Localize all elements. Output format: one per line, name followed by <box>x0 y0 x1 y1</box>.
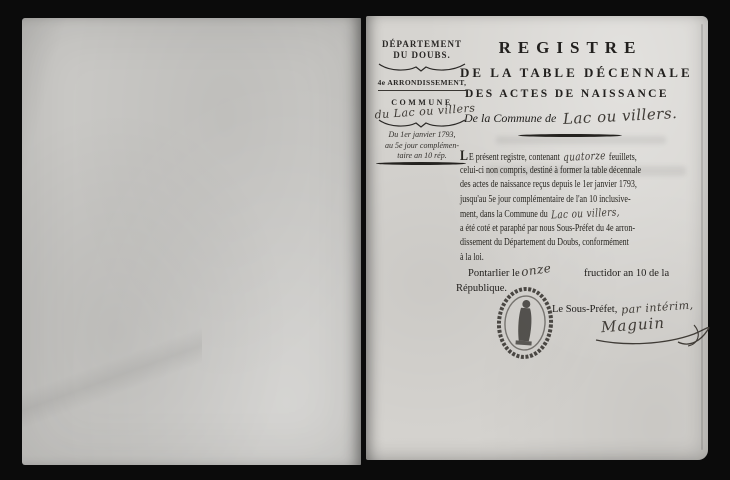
preamble-text: feuillets, <box>609 152 637 163</box>
dateline-place: Pontarlier le <box>468 268 520 279</box>
preamble-line: celui-ci non compris, destiné à former l… <box>460 164 631 179</box>
handwritten-commune-inline: Lac ou villers, <box>551 206 620 223</box>
preamble-line: LE présent registre, contenantquatorzefe… <box>460 149 631 164</box>
preamble-text: ment, dans la Commune du <box>460 209 548 220</box>
title-line3: DES ACTES DE NAISSANCE <box>460 88 674 100</box>
dateline-rest: fructidor an 10 de la <box>584 268 669 279</box>
margin-swelled-rule <box>376 162 466 165</box>
title-line2: DE LA TABLE DÉCENNALE <box>460 65 674 81</box>
preamble-line: dissement du Département du Doubs, confo… <box>460 236 631 251</box>
margin-divider-rule <box>378 90 466 91</box>
department-label-line2: DU DOUBS. <box>374 50 470 60</box>
preamble-line: jusqu'au 5e jour complémentaire de l'an … <box>460 193 631 208</box>
margin-date-line3: taire an 10 rép. <box>374 151 470 160</box>
signature-flourish-icon <box>594 322 726 350</box>
preamble-paragraph: LE présent registre, contenantquatorzefe… <box>460 149 674 265</box>
arrondissement-label: 4e ARRONDISSEMENT, <box>374 78 470 87</box>
preamble-line: des actes de naissance reçus depuis le 1… <box>460 178 631 193</box>
brace-flourish-icon <box>378 118 466 128</box>
bleedthrough-smudge <box>496 136 666 144</box>
official-stamp-icon <box>493 284 556 362</box>
preamble-text: E présent registre, contenant <box>469 152 560 163</box>
handwritten-day: onze <box>520 261 552 279</box>
right-title-page: DÉPARTEMENT DU DOUBS. 4e ARRONDISSEMENT,… <box>366 16 708 460</box>
book-spread-scan: DÉPARTEMENT DU DOUBS. 4e ARRONDISSEMENT,… <box>0 0 730 480</box>
margin-date-line2: au 5e jour complémen- <box>374 141 470 150</box>
sous-prefet-label: Le Sous-Préfet, <box>552 304 617 315</box>
left-blank-page <box>22 18 361 465</box>
registre-title: REGISTRE <box>460 38 674 58</box>
preamble-line: a été coté et paraphé par nous Sous-Préf… <box>460 222 631 237</box>
paper-wrinkle-shading <box>22 318 202 438</box>
preamble-line: ment, dans la Commune duLac ou villers, <box>460 207 631 222</box>
margin-date-line1: Du 1er janvier 1793, <box>374 130 470 139</box>
drop-cap-initial: L <box>460 148 468 164</box>
title-swelled-rule <box>518 134 622 137</box>
commune-printed-label: De la Commune de <box>464 111 556 125</box>
commune-name-handwritten-title: Lac ou villers. <box>563 104 678 128</box>
department-label-line1: DÉPARTEMENT <box>374 39 470 49</box>
commune-title-line: De la Commune de Lac ou villers. <box>464 108 681 127</box>
brace-flourish-icon <box>378 62 466 72</box>
